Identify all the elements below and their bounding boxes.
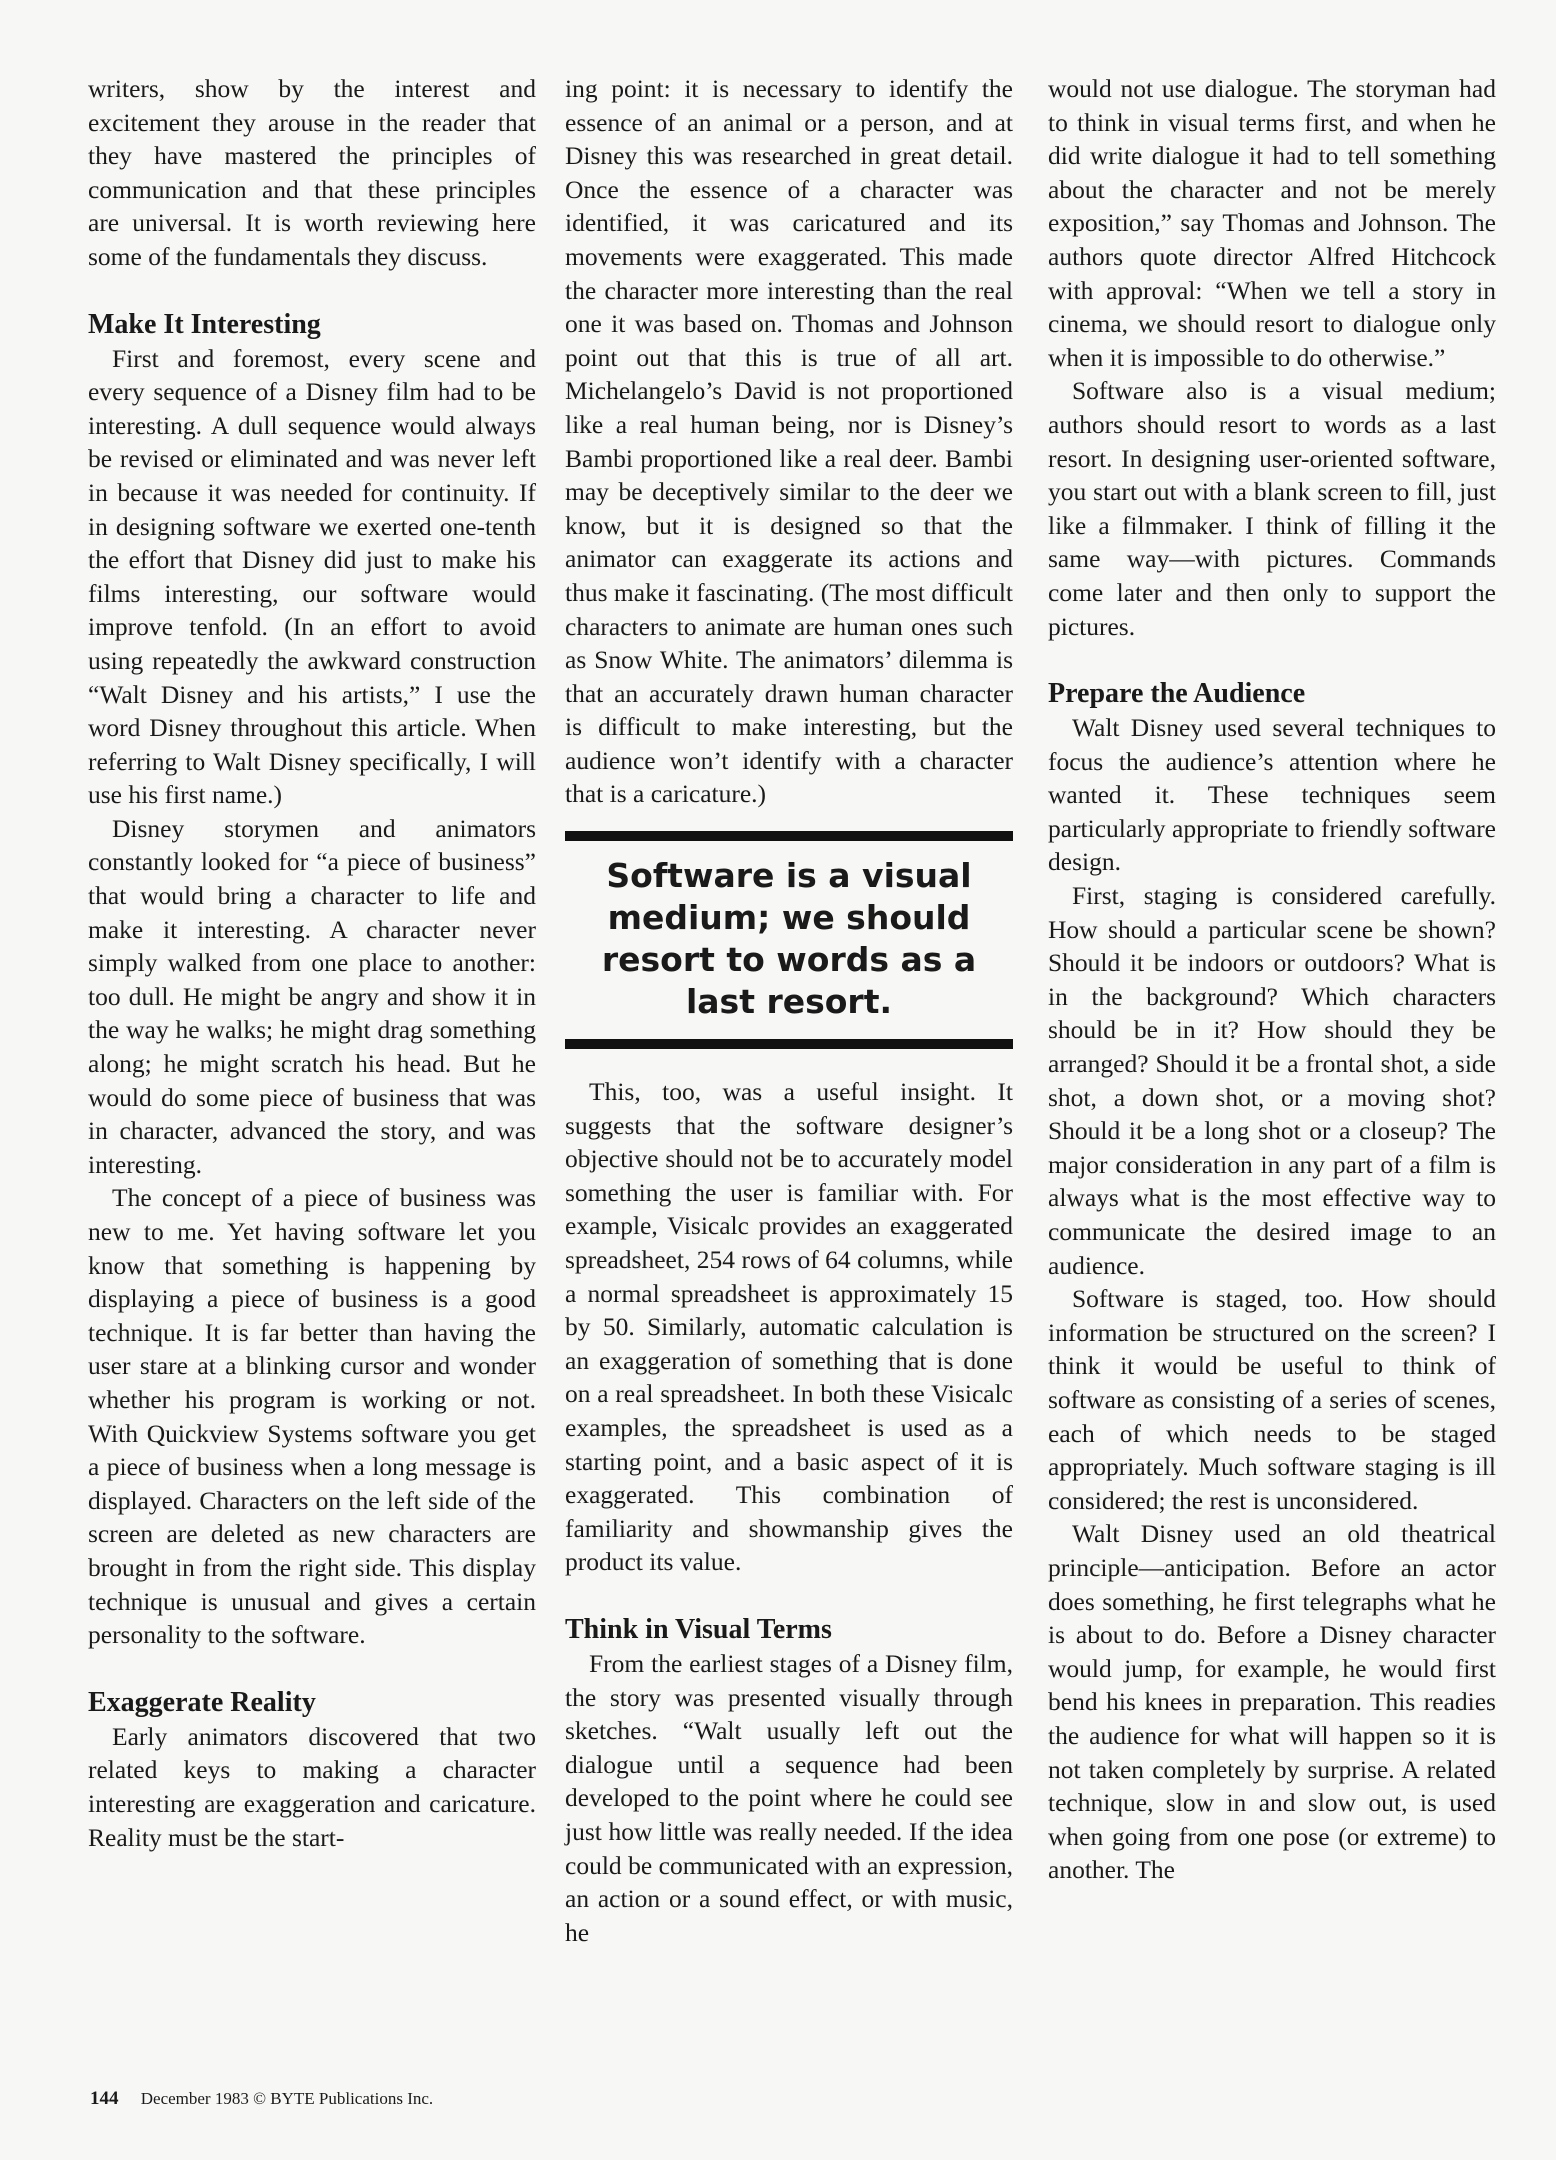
paragraph: would not use dialogue. The storyman had… bbox=[1048, 72, 1496, 374]
pull-quote-bottom-rule bbox=[565, 1039, 1013, 1049]
paragraph: Software is staged, too. How should info… bbox=[1048, 1282, 1496, 1517]
paragraph: First, staging is considered carefully. … bbox=[1048, 879, 1496, 1282]
paragraph: Early animators discovered that two rela… bbox=[88, 1720, 536, 1854]
paragraph: This, too, was a useful insight. It sugg… bbox=[565, 1075, 1013, 1579]
pull-quote-text: Software is a visual medium; we should r… bbox=[565, 841, 1013, 1039]
paragraph: Walt Disney used an old theatrical princ… bbox=[1048, 1517, 1496, 1887]
column-2: ing point: it is necessary to identify t… bbox=[565, 72, 1013, 1949]
section-heading: Think in Visual Terms bbox=[565, 1613, 1013, 1647]
page-footer: 144 December 1983 © BYTE Publications In… bbox=[90, 2088, 433, 2110]
paragraph: From the earliest stages of a Disney fil… bbox=[565, 1647, 1013, 1949]
pull-quote-top-rule bbox=[565, 831, 1013, 841]
column-3: would not use dialogue. The storyman had… bbox=[1048, 72, 1496, 1887]
column-1: writers, show by the interest and excite… bbox=[88, 72, 536, 1854]
paragraph: Disney storymen and animators constantly… bbox=[88, 812, 536, 1182]
paragraph: ing point: it is necessary to identify t… bbox=[565, 72, 1013, 811]
paragraph: Software also is a visual medium; author… bbox=[1048, 374, 1496, 643]
paragraph: First and foremost, every scene and ever… bbox=[88, 342, 536, 812]
paragraph: writers, show by the interest and excite… bbox=[88, 72, 536, 274]
footer-credit: December 1983 © BYTE Publications Inc. bbox=[141, 2089, 433, 2108]
paragraph: Walt Disney used several techniques to f… bbox=[1048, 711, 1496, 879]
page-number: 144 bbox=[90, 2088, 119, 2109]
paragraph: The concept of a piece of business was n… bbox=[88, 1181, 536, 1651]
section-heading: Make It Interesting bbox=[88, 308, 536, 342]
pull-quote: Software is a visual medium; we should r… bbox=[565, 831, 1013, 1049]
section-heading: Prepare the Audience bbox=[1048, 677, 1496, 711]
section-heading: Exaggerate Reality bbox=[88, 1686, 536, 1720]
